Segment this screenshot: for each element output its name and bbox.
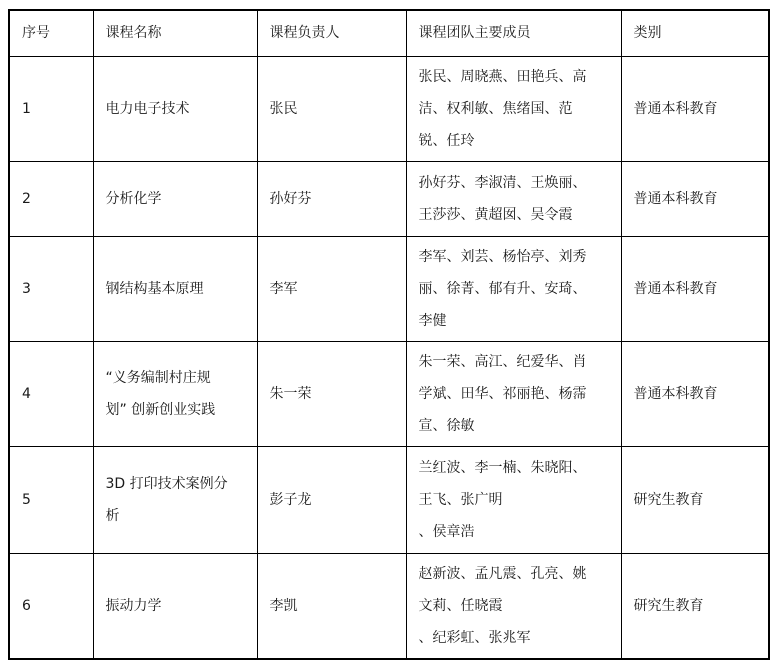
cell-category: 普通本科教育 <box>621 161 769 236</box>
cell-category: 普通本科教育 <box>621 236 769 341</box>
cell-course: 钢结构基本原理 <box>93 236 257 341</box>
cell-members: 张民、周晓燕、田艳兵、高 洁、权利敏、焦绪国、范 锐、任玲 <box>406 56 621 161</box>
cell-course: 分析化学 <box>93 161 257 236</box>
cell-course: 3D 打印技术案例分 析 <box>93 446 257 553</box>
cell-no: 4 <box>9 341 93 446</box>
cell-category: 普通本科教育 <box>621 56 769 161</box>
table-row: 2 分析化学 孙好芬 孙好芬、李淑清、王焕丽、 王莎莎、黄超囡、吴令霞 普通本科… <box>9 161 769 236</box>
cell-category: 普通本科教育 <box>621 341 769 446</box>
document-page: 序号 课程名称 课程负责人 课程团队主要成员 类别 1 电力电子技术 张民 张民… <box>8 9 770 658</box>
table-row: 5 3D 打印技术案例分 析 彭子龙 兰红波、李一楠、朱晓阳、 王飞、张广明 、… <box>9 446 769 553</box>
cell-members: 朱一荣、高江、纪爱华、肖 学斌、田华、祁丽艳、杨霈 宣、徐敏 <box>406 341 621 446</box>
cell-no: 5 <box>9 446 93 553</box>
header-cell-no: 序号 <box>9 10 93 56</box>
cell-leader: 李凯 <box>257 553 406 658</box>
cell-no: 3 <box>9 236 93 341</box>
table-row: 3 钢结构基本原理 李军 李军、刘芸、杨怡亭、刘秀 丽、徐菁、郁有升、安琦、 李… <box>9 236 769 341</box>
cell-category: 研究生教育 <box>621 446 769 553</box>
header-cell-leader: 课程负责人 <box>257 10 406 56</box>
cell-members: 赵新波、孟凡震、孔亮、姚 文莉、任晓霞 、纪彩虹、张兆军 <box>406 553 621 658</box>
course-list-table: 序号 课程名称 课程负责人 课程团队主要成员 类别 1 电力电子技术 张民 张民… <box>8 9 770 658</box>
cell-course: 电力电子技术 <box>93 56 257 161</box>
table-header-row: 序号 课程名称 课程负责人 课程团队主要成员 类别 <box>9 10 769 56</box>
cell-no: 2 <box>9 161 93 236</box>
header-cell-course: 课程名称 <box>93 10 257 56</box>
table-row: 1 电力电子技术 张民 张民、周晓燕、田艳兵、高 洁、权利敏、焦绪国、范 锐、任… <box>9 56 769 161</box>
cell-members: 孙好芬、李淑清、王焕丽、 王莎莎、黄超囡、吴令霞 <box>406 161 621 236</box>
cell-members: 李军、刘芸、杨怡亭、刘秀 丽、徐菁、郁有升、安琦、 李健 <box>406 236 621 341</box>
cell-leader: 孙好芬 <box>257 161 406 236</box>
cell-leader: 张民 <box>257 56 406 161</box>
cell-leader: 朱一荣 <box>257 341 406 446</box>
cell-members: 兰红波、李一楠、朱晓阳、 王飞、张广明 、侯章浩 <box>406 446 621 553</box>
table-row: 4 “义务编制村庄规 划” 创新创业实践 朱一荣 朱一荣、高江、纪爱华、肖 学斌… <box>9 341 769 446</box>
cell-no: 6 <box>9 553 93 658</box>
cell-course: “义务编制村庄规 划” 创新创业实践 <box>93 341 257 446</box>
cell-category: 研究生教育 <box>621 553 769 658</box>
table-row: 6 振动力学 李凯 赵新波、孟凡震、孔亮、姚 文莉、任晓霞 、纪彩虹、张兆军 研… <box>9 553 769 658</box>
cell-no: 1 <box>9 56 93 161</box>
cell-course: 振动力学 <box>93 553 257 658</box>
cell-leader: 李军 <box>257 236 406 341</box>
header-cell-members: 课程团队主要成员 <box>406 10 621 56</box>
cell-leader: 彭子龙 <box>257 446 406 553</box>
header-cell-category: 类别 <box>621 10 769 56</box>
